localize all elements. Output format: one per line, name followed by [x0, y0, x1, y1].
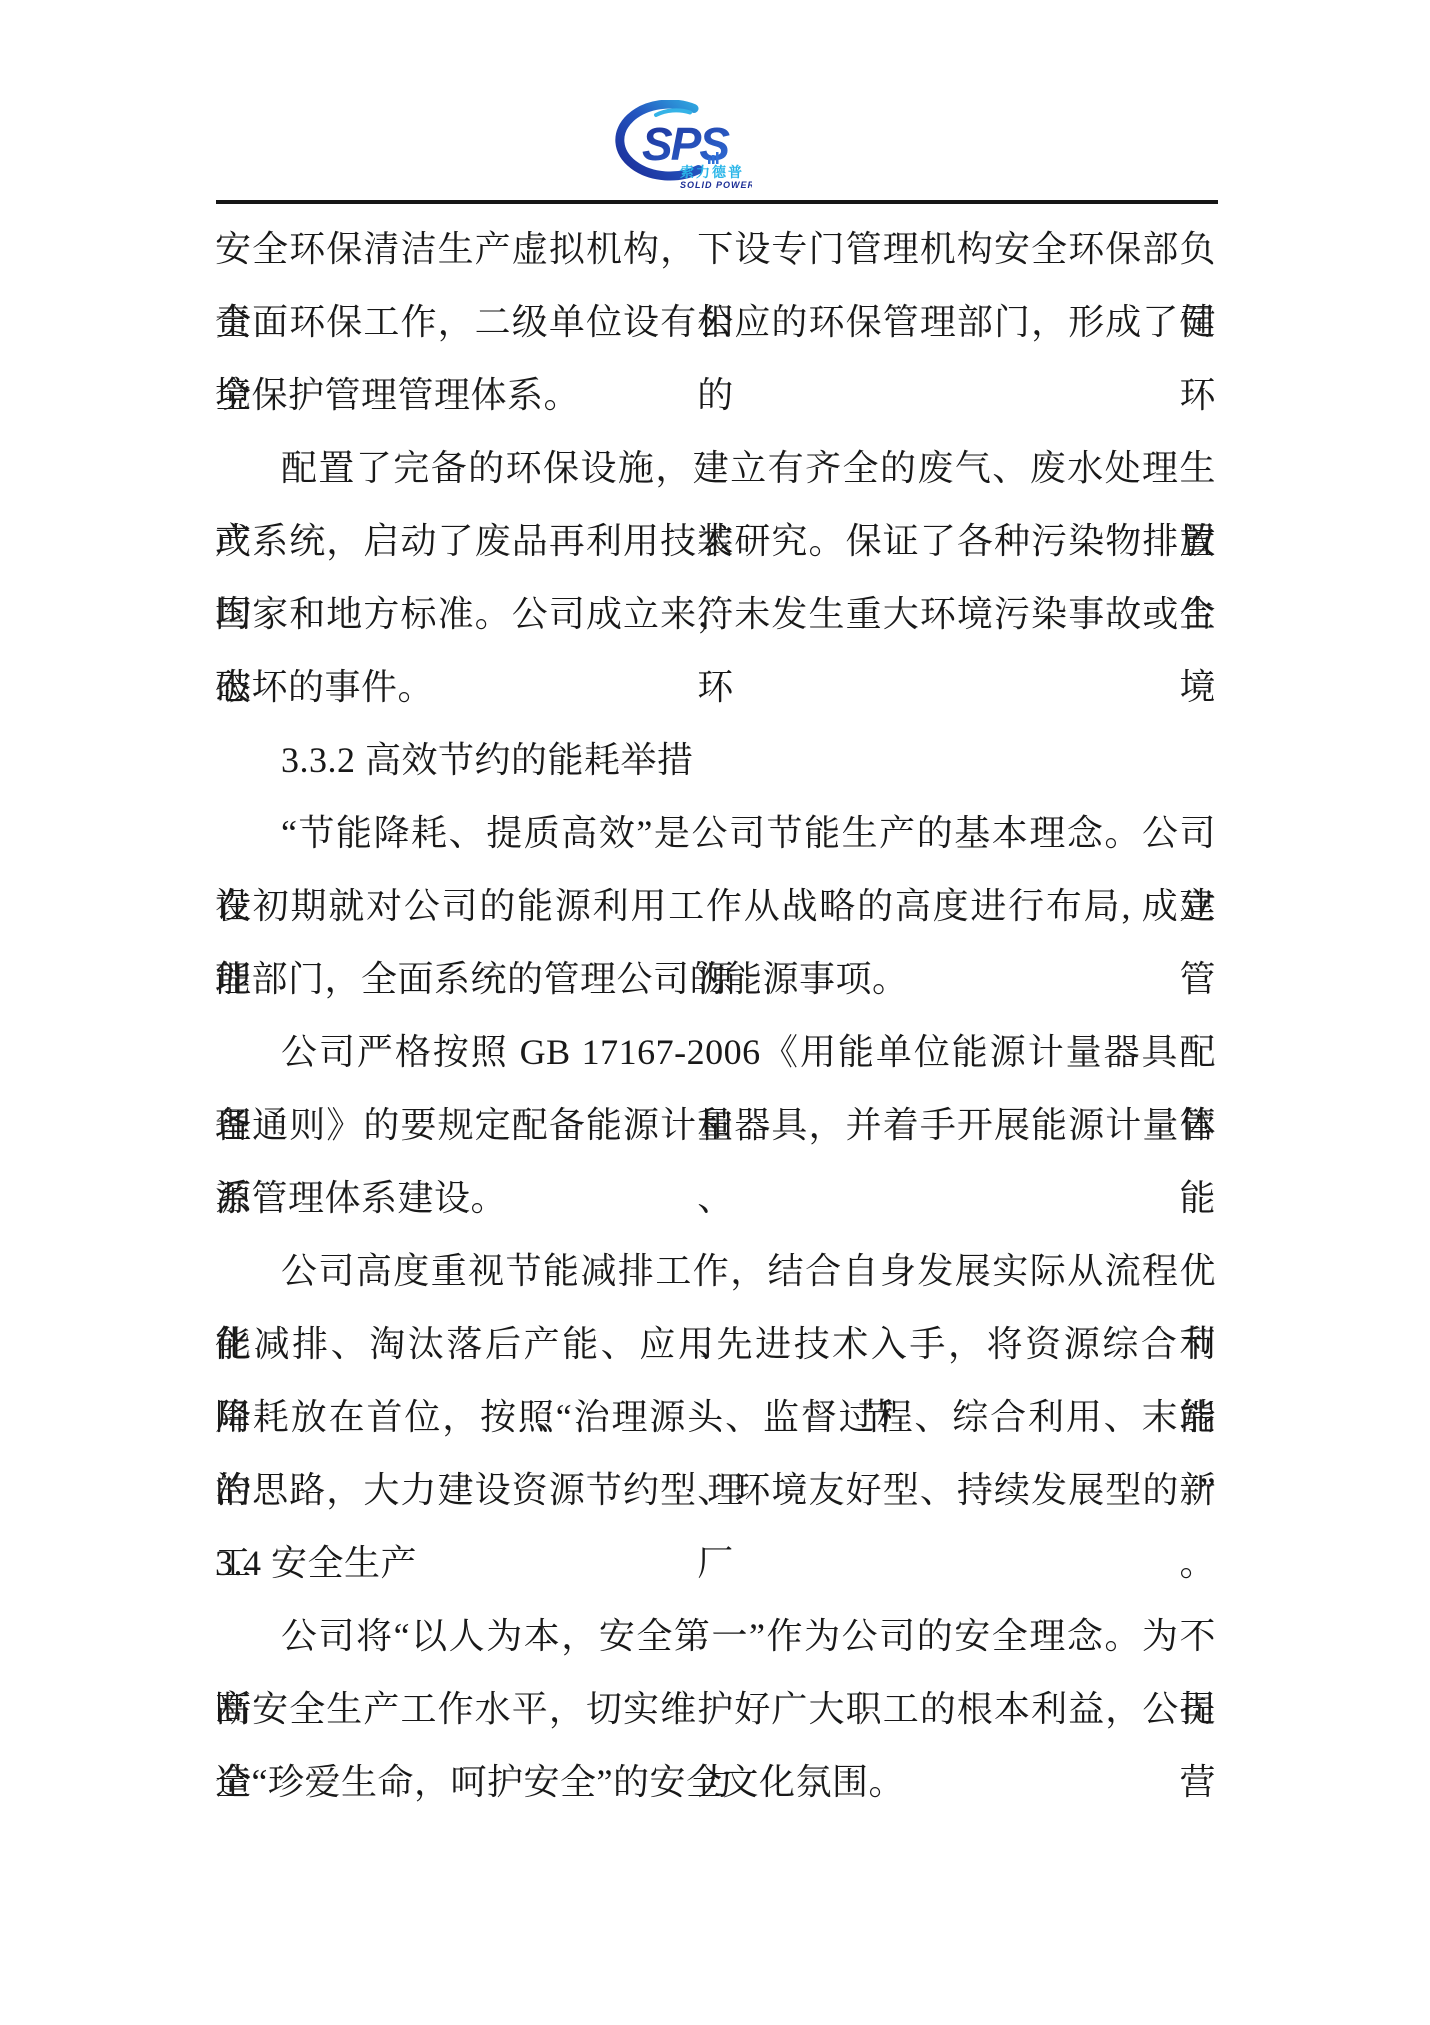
text-line: 公司将“以人为本，安全第一”作为公司的安全理念。为不断提 [215, 1600, 1216, 1673]
text-line: 高安全生产工作水平，切实维护好广大职工的根本利益，公司全力营 [215, 1673, 1216, 1746]
text-line: 设初期就对公司的能源利用工作从战略的高度进行布局, 成立能源管 [215, 870, 1216, 943]
text-line: 全面环保工作，二级单位设有相应的环保管理部门，形成了健全的环 [215, 286, 1216, 359]
text-line: 的思路，大力建设资源节约型、环境友好型、持续发展型的新工厂。 [215, 1454, 1216, 1527]
text-line: “节能降耗、提质高效”是公司节能生产的基本理念。公司在建 [215, 797, 1216, 870]
logo-bars-icon [712, 155, 715, 164]
header-divider [216, 200, 1218, 204]
company-logo: SPS 索力德普 SOLID POWER [610, 100, 752, 190]
text-line: 公司严格按照 GB 17167-2006《用能单位能源计量器具配备和管 [215, 1016, 1216, 1089]
text-line: 国家和地方标准。公司成立来，未发生重大环境污染事故或生态环境 [215, 578, 1216, 651]
text-line: 能减排、淘汰落后产能、应用先进技术入手，将资源综合利用、节能 [215, 1308, 1216, 1381]
logo-chinese-name: 索力德普 [680, 164, 744, 180]
text-line: 安全环保清洁生产虚拟机构，下设专门管理机构安全环保部负责公司 [215, 213, 1216, 286]
text-line: 公司高度重视节能减排工作，结合自身发展实际从流程优化、节 [215, 1235, 1216, 1308]
text-line: 降耗放在首位，按照“治理源头、监督过程、综合利用、末端治理” [215, 1381, 1216, 1454]
text-line: 或系统，启动了废品再利用技术研究。保证了各种污染物排放均符合 [215, 505, 1216, 578]
logo-english-name: SOLID POWER [680, 180, 752, 190]
document-body: 安全环保清洁生产虚拟机构，下设专门管理机构安全环保部负责公司全面环保工作，二级单… [215, 213, 1216, 1819]
page-header: SPS 索力德普 SOLID POWER [0, 0, 1430, 205]
logo-bars-icon [716, 152, 719, 164]
text-line: 配置了完备的环保设施，建立有齐全的废气、废水处理生产装置 [215, 432, 1216, 505]
logo-swoosh-highlight-icon [656, 110, 690, 115]
text-line: 理通则》的要规定配备能源计量器具，并着手开展能源计量体系、能 [215, 1089, 1216, 1162]
text-line: 3.3.2 高效节约的能耗举措 [215, 724, 1216, 797]
document-page: SPS 索力德普 SOLID POWER 安全环保清洁生产虚拟机构，下设专门管理… [0, 0, 1430, 2025]
